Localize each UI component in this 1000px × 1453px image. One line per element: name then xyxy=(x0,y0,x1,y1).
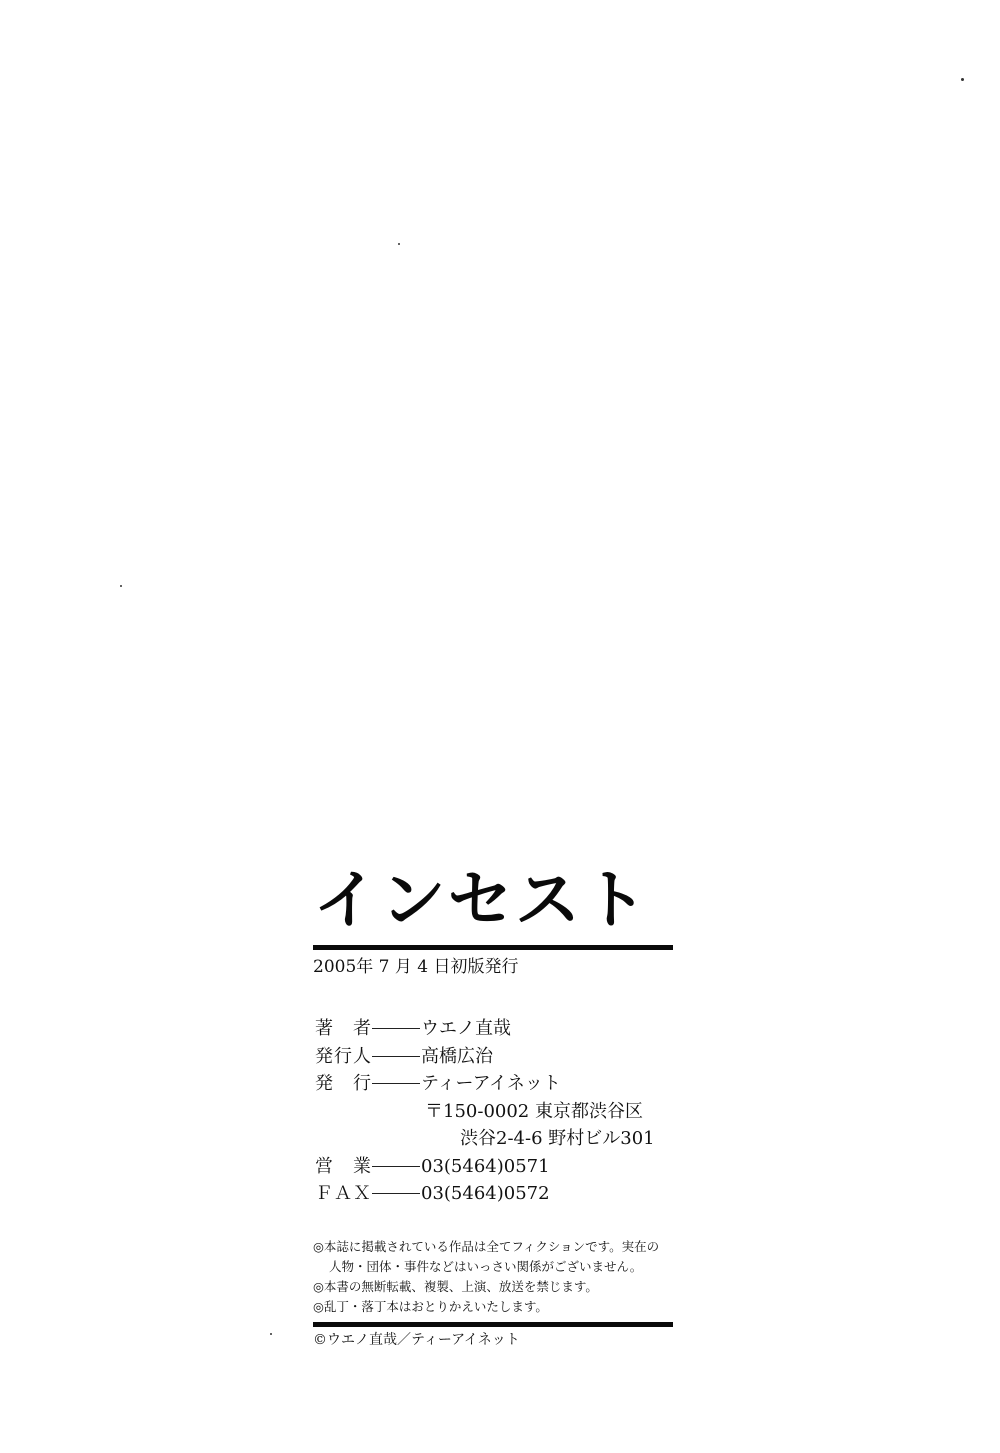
dash-separator xyxy=(372,1083,420,1084)
contact-row-sales: 営 業 03(5464)0571 xyxy=(315,1153,685,1181)
address-line-1: 〒150-0002 東京都渋谷区 xyxy=(315,1098,685,1126)
scan-speck xyxy=(270,1333,272,1335)
book-title: インセスト xyxy=(313,862,682,940)
legal-notes: ◎本誌に掲載されている作品は全てフィクションです。実在の 人物・団体・事件などは… xyxy=(313,1237,683,1317)
credits-block: 著 者 ウエノ直哉 発行人 高橋広治 発 行 ティーアイネット 〒150-000… xyxy=(315,1015,685,1208)
publication-date: 2005年 7 月 4 日初版発行 xyxy=(313,956,519,978)
scan-speck xyxy=(398,243,400,245)
contact-value: 03(5464)0571 xyxy=(421,1153,550,1181)
contact-label: ＦＡＸ xyxy=(315,1180,371,1208)
bottom-rule xyxy=(313,1322,673,1327)
credit-row-publisher-person: 発行人 高橋広治 xyxy=(315,1043,685,1071)
dash-separator xyxy=(372,1028,420,1029)
dash-separator xyxy=(372,1193,420,1194)
dash-separator xyxy=(372,1056,420,1057)
credit-label: 著 者 xyxy=(315,1015,371,1043)
scan-speck xyxy=(120,585,122,587)
colophon-title-block: インセスト xyxy=(313,862,675,940)
contact-row-fax: ＦＡＸ 03(5464)0572 xyxy=(315,1180,685,1208)
credit-value: ティーアイネット xyxy=(421,1070,561,1098)
address-line-2: 渋谷2-4-6 野村ビル301 xyxy=(315,1125,685,1153)
credit-label: 発行人 xyxy=(315,1043,371,1071)
contact-label: 営 業 xyxy=(315,1153,371,1181)
top-rule xyxy=(313,945,673,950)
credit-value: 高橋広治 xyxy=(421,1043,493,1071)
credit-label: 発 行 xyxy=(315,1070,371,1098)
contact-value: 03(5464)0572 xyxy=(421,1180,550,1208)
note-line: 人物・団体・事件などはいっさい関係がございません。 xyxy=(313,1257,683,1277)
note-line: ◎本誌に掲載されている作品は全てフィクションです。実在の xyxy=(313,1237,683,1257)
scan-speck xyxy=(961,78,964,81)
credit-value: ウエノ直哉 xyxy=(421,1015,511,1043)
note-line: ◎本書の無断転載、複製、上演、放送を禁じます。 xyxy=(313,1277,683,1297)
copyright-notice: ©ウエノ直哉／ティーアイネット xyxy=(313,1330,520,1350)
credit-row-publisher: 発 行 ティーアイネット xyxy=(315,1070,685,1098)
dash-separator xyxy=(372,1166,420,1167)
credit-row-author: 著 者 ウエノ直哉 xyxy=(315,1015,685,1043)
note-line: ◎乱丁・落丁本はおとりかえいたします。 xyxy=(313,1297,683,1317)
